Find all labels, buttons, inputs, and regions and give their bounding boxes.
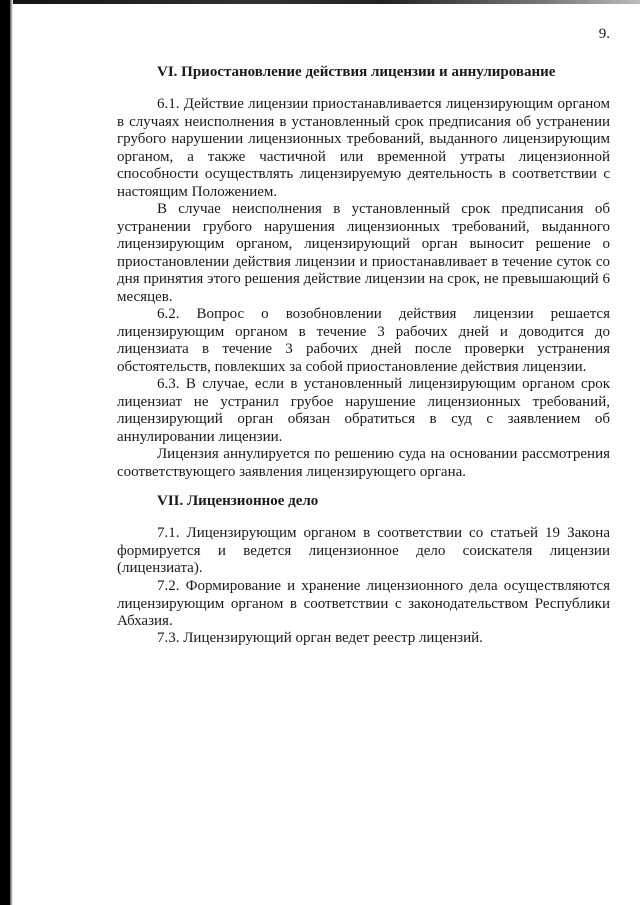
paragraph-7-1: 7.1. Лицензирующим органом в соответстви… [117,525,610,578]
paragraph-6-3: 6.3. В случае, если в установленный лице… [117,376,610,446]
paragraph-text: 6.3. В случае, если в установленный лице… [117,376,610,446]
paragraph-text: Лицензия аннулируется по решению суда на… [117,446,610,481]
paragraph-text: 7.1. Лицензирующим органом в соответстви… [117,525,610,578]
paragraph-text: 6.1. Действие лицензии приостанавливаетс… [117,96,610,202]
paragraph-text: В случае неисполнения в установленный ср… [117,201,610,307]
paragraph-text: 6.2. Вопрос о возобновлении действия лиц… [117,306,610,376]
paragraph-7-2: 7.2. Формирование и хранение лицензионно… [117,578,610,631]
paragraph-6-2: 6.2. Вопрос о возобновлении действия лиц… [117,306,610,376]
paragraph-7-3: 7.3. Лицензирующий орган ведет реестр ли… [117,630,610,648]
scan-edge-shadow [10,0,13,905]
paragraph-6-1: 6.1. Действие лицензии приостанавливаетс… [117,96,610,202]
page-number: 9. [599,26,610,43]
scan-edge-left [0,0,10,905]
section-heading-vi: VI. Приостановление действия лицензии и … [157,64,555,81]
paragraph-text: 7.2. Формирование и хранение лицензионно… [117,578,610,631]
paragraph-6-3-continued: Лицензия аннулируется по решению суда на… [117,446,610,481]
section-heading-vii: VII. Лицензионное дело [157,493,318,510]
paragraph-text: 7.3. Лицензирующий орган ведет реестр ли… [117,630,610,648]
paragraph-6-1-continued: В случае неисполнения в установленный ср… [117,201,610,307]
scan-edge-top [0,0,640,4]
